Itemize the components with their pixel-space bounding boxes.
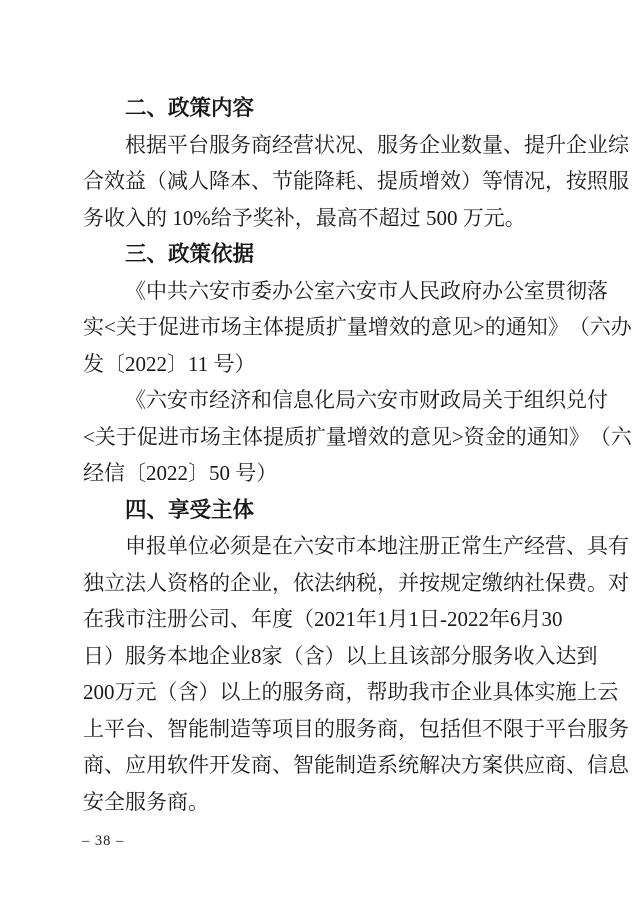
text-line: 商、应用软件开发商、智能制造系统解决方案供应商、信息 bbox=[83, 747, 557, 784]
text-line: 上平台、智能制造等项目的服务商，包括但不限于平台服务 bbox=[83, 711, 557, 748]
heading-policy-content: 二、政策内容 bbox=[83, 90, 557, 127]
text-line: 实<关于促进市场主体提质扩量增效的意见>的通知》（六办 bbox=[83, 309, 557, 346]
document-body: 二、政策内容 根据平台服务商经营状况、服务企业数量、提升企业综 合效益（减人降本… bbox=[83, 90, 557, 820]
text-line: 务收入的 10%给予奖补，最高不超过 500 万元。 bbox=[83, 200, 557, 237]
text-line: 合效益（减人降本、节能降耗、提质增效）等情况，按照服 bbox=[83, 163, 557, 200]
text-line: 日）服务本地企业8家（含）以上且该部分服务收入达到 bbox=[83, 638, 557, 675]
page-number: – 38 – bbox=[82, 830, 124, 852]
text-line: 独立法人资格的企业，依法纳税，并按规定缴纳社保费。对 bbox=[83, 565, 557, 602]
text-line: 申报单位必须是在六安市本地注册正常生产经营、具有 bbox=[83, 528, 557, 565]
text-line: 发〔2022〕11 号） bbox=[83, 346, 557, 383]
text-line: <关于促进市场主体提质扩量增效的意见>资金的通知》（六 bbox=[83, 419, 557, 456]
text-line: 《中共六安市委办公室六安市人民政府办公室贯彻落 bbox=[83, 273, 557, 310]
text-line: 安全服务商。 bbox=[83, 784, 557, 821]
text-line: 《六安市经济和信息化局六安市财政局关于组织兑付 bbox=[83, 382, 557, 419]
heading-policy-basis: 三、政策依据 bbox=[83, 236, 557, 273]
document-page: 二、政策内容 根据平台服务商经营状况、服务企业数量、提升企业综 合效益（减人降本… bbox=[0, 0, 642, 907]
text-line: 200万元（含）以上的服务商，帮助我市企业具体实施上云 bbox=[83, 674, 557, 711]
heading-eligible-entities: 四、享受主体 bbox=[83, 492, 557, 529]
text-line: 在我市注册公司、年度（2021年1月1日-2022年6月30 bbox=[83, 601, 557, 638]
text-line: 经信〔2022〕50 号） bbox=[83, 455, 557, 492]
text-line: 根据平台服务商经营状况、服务企业数量、提升企业综 bbox=[83, 127, 557, 164]
